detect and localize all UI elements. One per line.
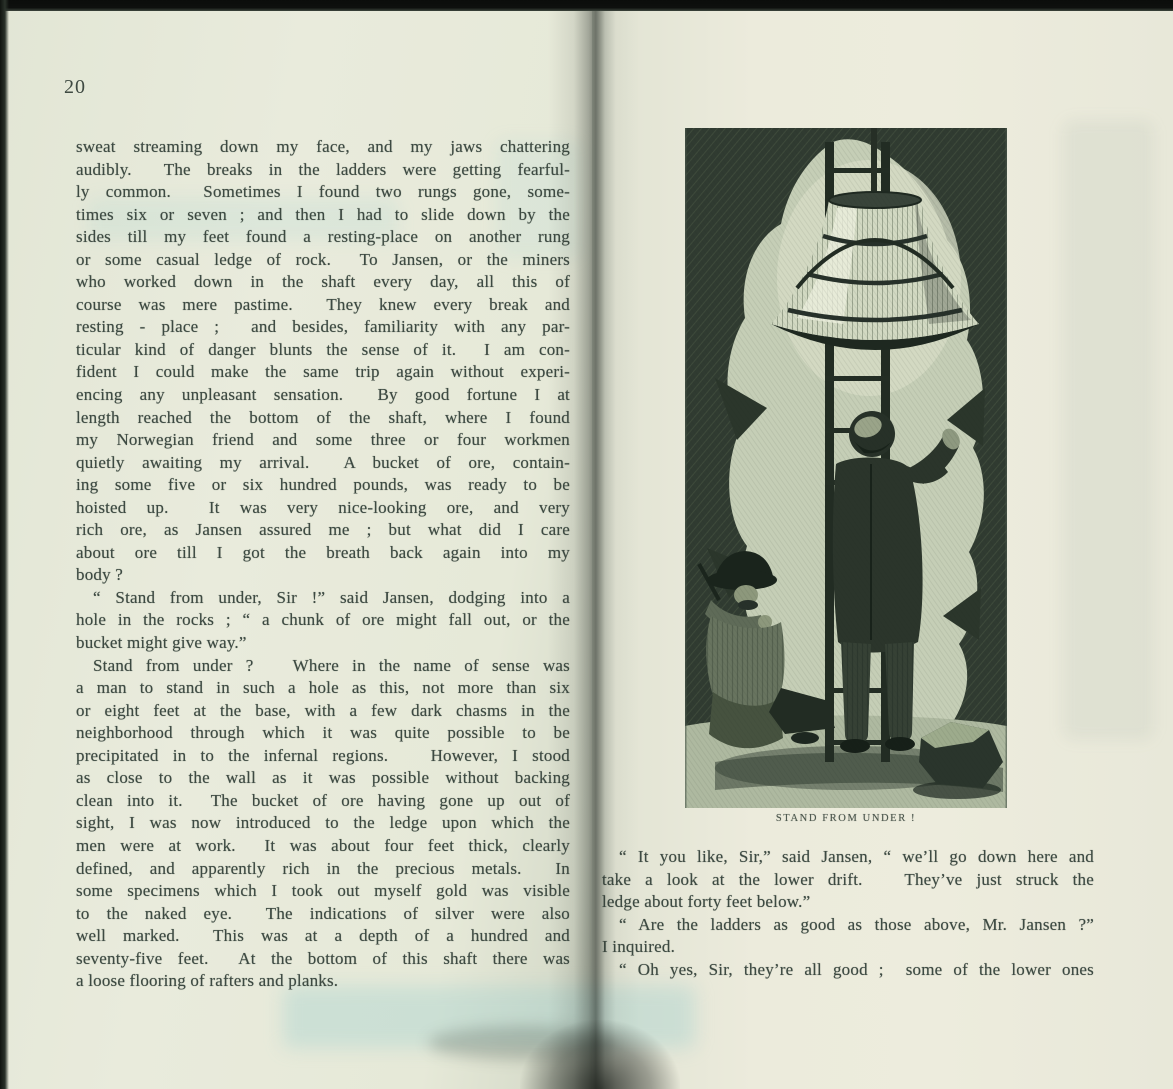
plate-rule-left [685,128,687,808]
text-line: as close to the wall as it was possible … [76,767,570,790]
text-line: sweat streaming down my face, and my jaw… [76,136,570,159]
text-line: hoisted up. It was very nice-looking ore… [76,497,570,520]
text-line: rich ore, as Jansen assured me ; but wha… [76,519,570,542]
text-line: quietly awaiting my arrival. A bucket of… [76,452,570,475]
text-line: a man to stand in such a hole as this, n… [76,677,570,700]
left-page-text: sweat streaming down my face, and my jaw… [76,136,570,993]
text-line: my Norwegian friend and some three or fo… [76,429,570,452]
text-line: well marked. This was at a depth of a hu… [76,925,570,948]
text-line: neighborhood through which it was quite … [76,722,570,745]
text-line: ing some five or six hundred pounds, was… [76,474,570,497]
page-gutter-shadow [548,0,640,1089]
engraving-texture [685,128,1007,808]
text-line: about ore till I got the breath back aga… [76,542,570,565]
text-line: hole in the rocks ; “ a chunk of ore mig… [76,609,570,632]
text-line: body ? [76,564,570,587]
text-line: ticular kind of danger blunts the sense … [76,339,570,362]
text-line: I inquired. [602,936,1094,959]
text-line: Stand from under ? Where in the name of … [76,655,570,678]
paragraph: sweat streaming down my face, and my jaw… [76,136,570,587]
text-line: precipitated in to the infernal regions.… [76,745,570,768]
text-line: audibly. The breaks in the ladders were … [76,159,570,182]
text-line: times six or seven ; and then I had to s… [76,204,570,227]
paragraph: “ Are the ladders as good as those above… [602,914,1094,959]
text-line: seventy-five feet. At the bottom of this… [76,948,570,971]
page-gutter-shadow-bottom [520,1020,680,1089]
text-line: bucket might give way.” [76,632,570,655]
scan-edge-top [0,0,1173,11]
text-line: resting - place ; and besides, familiari… [76,316,570,339]
text-line: clean into it. The bucket of ore having … [76,790,570,813]
paragraph: “ Oh yes, Sir, they’re all good ; some o… [602,959,1094,982]
page-number: 20 [64,76,86,99]
text-line: length reached the bottom of the shaft, … [76,407,570,430]
right-page-text: “ It you like, Sir,” said Jansen, “ we’l… [602,846,1094,982]
text-line: course was mere pastime. They knew every… [76,294,570,317]
text-line: sight, I was now introduced to the ledge… [76,812,570,835]
scan-edge-left [0,0,9,1089]
text-line: defined, and apparently rich in the prec… [76,858,570,881]
paragraph: “ Stand from under, Sir !” said Jansen, … [76,587,570,655]
right-page: STAND FROM UNDER ! “ It you like, Sir,” … [592,0,1173,1089]
text-line: some specimens which I took out myself g… [76,880,570,903]
text-line: who worked down in the shaft every day, … [76,271,570,294]
paragraph: “ It you like, Sir,” said Jansen, “ we’l… [602,846,1094,914]
text-line: ledge about forty feet below.” [602,891,1094,914]
text-line: or some casual ledge of rock. To Jansen,… [76,249,570,272]
text-line: “ It you like, Sir,” said Jansen, “ we’l… [602,846,1094,869]
paragraph: Stand from under ? Where in the name of … [76,655,570,993]
text-line: ly common. Sometimes I found two rungs g… [76,181,570,204]
text-line: encing any unpleasant sensation. By good… [76,384,570,407]
plate-rule-right [1006,128,1008,808]
mine-shaft-engraving [685,128,1007,808]
text-line: men were at work. It was about four feet… [76,835,570,858]
illustration-caption: STAND FROM UNDER ! [685,813,1007,824]
left-page: 20 sweat streaming down my face, and my … [0,0,592,1089]
engraving-svg [685,128,1007,808]
text-line: to the naked eye. The indications of sil… [76,903,570,926]
text-line: sides till my feet found a resting-place… [76,226,570,249]
text-line: “ Oh yes, Sir, they’re all good ; some o… [602,959,1094,982]
text-line: “ Stand from under, Sir !” said Jansen, … [76,587,570,610]
text-line: a loose flooring of rafters and planks. [76,970,570,993]
text-line: or eight feet at the base, with a few da… [76,700,570,723]
text-line: take a look at the lower drift. They’ve … [602,869,1094,892]
book-scan: 20 sweat streaming down my face, and my … [0,0,1173,1089]
text-line: “ Are the ladders as good as those above… [602,914,1094,937]
text-line: fident I could make the same trip again … [76,361,570,384]
